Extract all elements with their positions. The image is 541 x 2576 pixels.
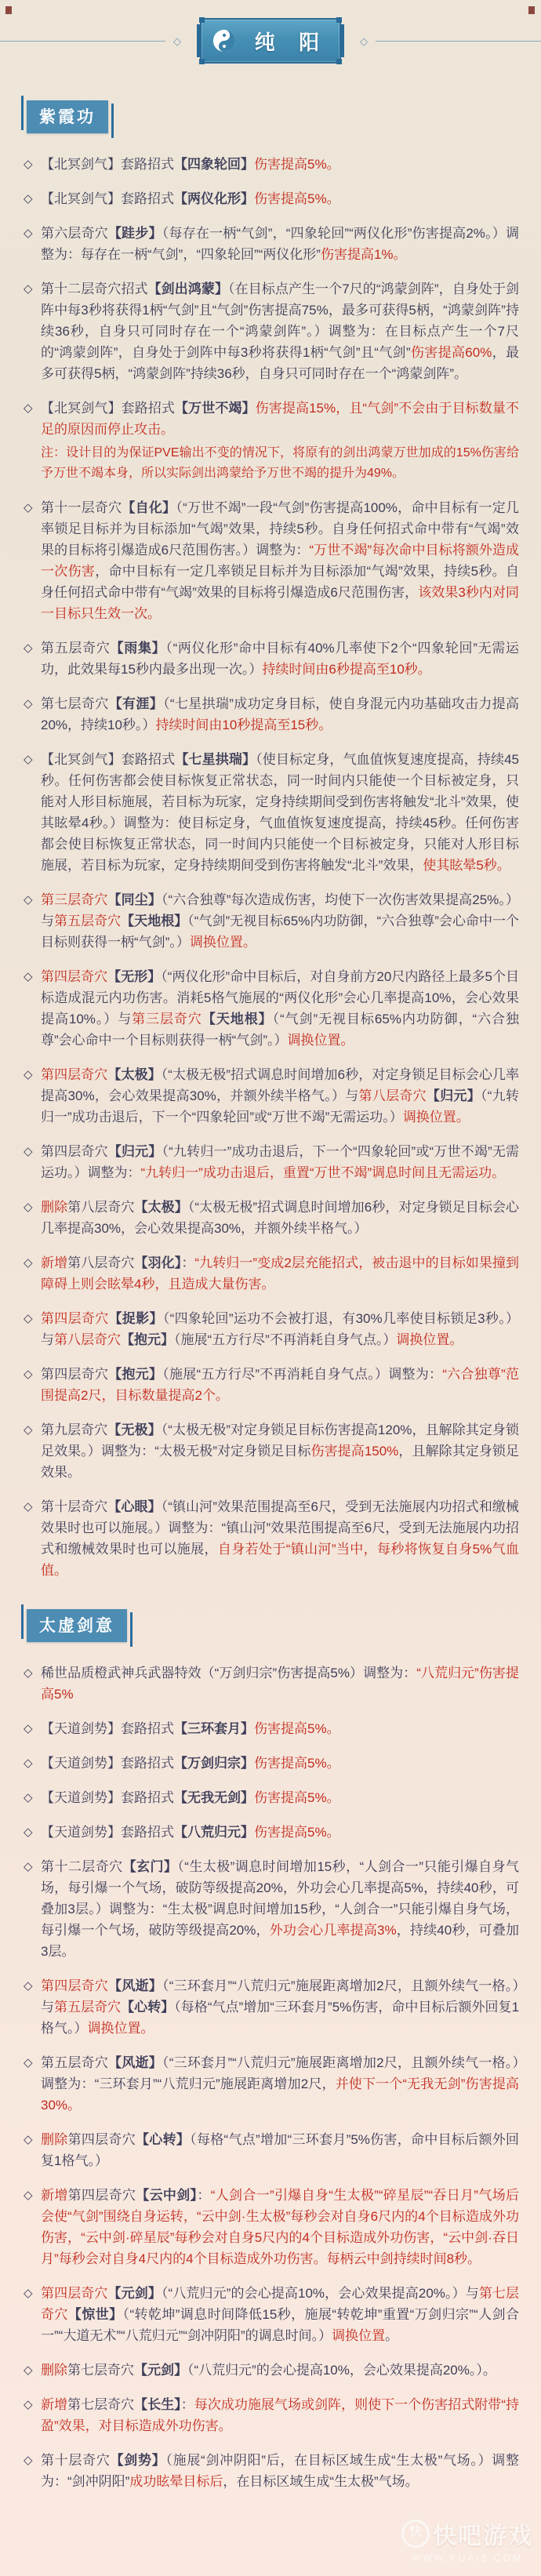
- bullet-item: ◇ 第十一层奇穴【自化】（“万世不竭”一段“气剑”伤害提高100%，命中目标有一…: [22, 497, 519, 624]
- bullet-text: 【北冥剑气】套路招式【万世不竭】伤害提高15%，且“气剑”不会由于目标数量不足的…: [41, 398, 519, 440]
- diamond-bullet-icon: ◇: [22, 2185, 41, 2206]
- bullet-text: 第四层奇穴【捉影】（“四象轮回”运功不会被打退，有30%几率使目标锁足3秒。）与…: [41, 1308, 519, 1350]
- section: 太虚剑意 ◇ 稀世品质橙武神兵武器特效（“万剑归宗”伤害提高5%）调整为：“八荒…: [22, 1609, 519, 2492]
- bullet-text: 第四层奇穴【归元】（“九转归一”成功击退后，下一个“四象轮回”或“万世不竭”无需…: [41, 1141, 519, 1183]
- diamond-bullet-icon: ◇: [22, 1064, 41, 1085]
- bullet-item: ◇ 第十层奇穴【心眼】（“镇山河”效果范围提高至6尺，受到无法施展内功招式和缴械…: [22, 1496, 519, 1581]
- bullet-text: 第十二层奇穴招式【剑出鸿蒙】（在目标点产生一个7尺的“鸿蒙剑阵”，自身处于剑阵中…: [41, 278, 519, 384]
- bullet-item: ◇ 【北冥剑气】套路招式【万世不竭】伤害提高15%，且“气剑”不会由于目标数量不…: [22, 398, 519, 484]
- section-items: ◇ 稀世品质橙武神兵武器特效（“万剑归宗”伤害提高5%）调整为：“八荒归元”伤害…: [22, 1662, 519, 2492]
- diamond-bullet-icon: ◇: [22, 154, 41, 175]
- bullet-item: ◇ 【北冥剑气】套路招式【四象轮回】伤害提高5%。: [22, 154, 519, 175]
- bullet-text: 【天道剑势】套路招式【八荒归元】伤害提高5%。: [41, 1822, 519, 1843]
- bullet-item: ◇ 第十二层奇穴【玄门】（“生太极”调息时间增加15秒，“人剑合一”只能引爆自身…: [22, 1856, 519, 1962]
- diamond-bullet-icon: ◇: [22, 278, 41, 300]
- bullet-item: ◇ 删除第四层奇穴【心转】（每格“气点”增加“三环套月”5%伤害，命中目标后额外…: [22, 2129, 519, 2171]
- diamond-bullet-icon: ◇: [22, 1822, 41, 1843]
- bullet-item: ◇ 新增第四层奇穴【云中剑】：“人剑合一”引爆自身“生太极”“碎星辰”“吞日月”…: [22, 2185, 519, 2269]
- diamond-bullet-icon: ◇: [22, 749, 41, 770]
- section-badge: 紫霞功: [27, 100, 108, 133]
- diamond-bullet-icon: ◇: [22, 188, 41, 209]
- content: 紫霞功 ◇ 【北冥剑气】套路招式【四象轮回】伤害提高5%。 ◇ 【北冥剑气】套路…: [0, 69, 541, 2576]
- bullet-text: 稀世品质橙武神兵武器特效（“万剑归宗”伤害提高5%）调整为：“八荒归元”伤害提高…: [41, 1662, 519, 1705]
- frame-corner-right: [528, 6, 535, 14]
- bullet-item: ◇ 第四层奇穴【风逝】（“三环套月”“八荒归元”施展距离增加2尺，且额外续气一格…: [22, 1975, 519, 2039]
- bullet-text: 【北冥剑气】套路招式【四象轮回】伤害提高5%。: [41, 154, 519, 175]
- bullet-item: ◇ 新增第八层奇穴【羽化】：“九转归一”变成2层充能招式，被击退中的目标如果撞到…: [22, 1252, 519, 1295]
- bullet-item: ◇ 【北冥剑气】套路招式【七星拱瑞】（使目标定身，气血值恢复速度提高，持续45秒…: [22, 749, 519, 876]
- diamond-ornament-icon: ◇: [173, 36, 181, 46]
- bullet-item: ◇ 【天道剑势】套路招式【万剑归宗】伤害提高5%。: [22, 1753, 519, 1774]
- bullet-text: 第四层奇穴【太极】（“太极无极”招式调息时间增加6秒，对定身锁足目标会心几率提高…: [41, 1064, 519, 1128]
- bullet-text: 第十一层奇穴【自化】（“万世不竭”一段“气剑”伤害提高100%，命中目标有一定几…: [41, 497, 519, 624]
- bullet-text: 新增第八层奇穴【羽化】：“九转归一”变成2层充能招式，被击退中的目标如果撞到障碍…: [41, 1252, 519, 1295]
- diamond-bullet-icon: ◇: [22, 693, 41, 714]
- divider-line-left: [0, 41, 165, 42]
- diamond-bullet-icon: ◇: [22, 2283, 41, 2304]
- bullet-text: 第五层奇穴【风逝】（“三环套月”“八荒归元”施展距离增加2尺，且额外续气一格。）…: [41, 2052, 519, 2116]
- bullet-text: 第六层奇穴【跬步】（每存在一柄“气剑”，“四象轮回”“两仪化形”伤害提高2%。）…: [41, 223, 519, 265]
- diamond-bullet-icon: ◇: [22, 638, 41, 659]
- diamond-bullet-icon: ◇: [22, 1141, 41, 1162]
- yinyang-icon: [212, 29, 236, 53]
- diamond-bullet-icon: ◇: [22, 1197, 41, 1218]
- diamond-bullet-icon: ◇: [22, 1496, 41, 1517]
- bullet-text: 第四层奇穴【无形】（“两仪化形”命中目标后，对自身前方20尺内路径上最多5个目标…: [41, 966, 519, 1051]
- bullet-text: 第十二层奇穴【玄门】（“生太极”调息时间增加15秒，“人剑合一”只能引爆自身气场…: [41, 1856, 519, 1962]
- diamond-ornament-icon: ◇: [360, 36, 368, 46]
- section-badge: 太虚剑意: [27, 1609, 127, 1642]
- bullet-item: ◇ 第四层奇穴【太极】（“太极无极”招式调息时间增加6秒，对定身锁足目标会心几率…: [22, 1064, 519, 1128]
- bullet-text: 第四层奇穴【风逝】（“三环套月”“八荒归元”施展距离增加2尺，且额外续气一格。）…: [41, 1975, 519, 2039]
- bullet-item: ◇ 第四层奇穴【无形】（“两仪化形”命中目标后，对自身前方20尺内路径上最多5个…: [22, 966, 519, 1051]
- diamond-bullet-icon: ◇: [22, 1419, 41, 1441]
- bullet-text: 新增第七层奇穴【长生】：每次成功施展气场或剑阵，则使下一个伤害招式附带“持盈”效…: [41, 2394, 519, 2436]
- bullet-item: ◇ 第六层奇穴【跬步】（每存在一柄“气剑”，“四象轮回”“两仪化形”伤害提高2%…: [22, 223, 519, 265]
- bullet-text: 第四层奇穴【抱元】（施展“五方行尽”不再消耗自身气点。）调整为：“六合独尊”范围…: [41, 1364, 519, 1406]
- diamond-bullet-icon: ◇: [22, 2052, 41, 2073]
- page-header: ◇ 纯 阳 ◇: [0, 0, 541, 69]
- bullet-item: ◇ 第五层奇穴【风逝】（“三环套月”“八荒归元”施展距离增加2尺，且额外续气一格…: [22, 2052, 519, 2116]
- diamond-bullet-icon: ◇: [22, 1662, 41, 1684]
- bullet-text: 【北冥剑气】套路招式【七星拱瑞】（使目标定身，气血值恢复速度提高，持续45秒。任…: [41, 749, 519, 876]
- diamond-bullet-icon: ◇: [22, 2129, 41, 2150]
- bullet-text: 【北冥剑气】套路招式【两仪化形】伤害提高5%。: [41, 188, 519, 209]
- bullet-text: 【天道剑势】套路招式【无我无剑】伤害提高5%。: [41, 1787, 519, 1808]
- bullet-item: ◇ 稀世品质橙武神兵武器特效（“万剑归宗”伤害提高5%）调整为：“八荒归元”伤害…: [22, 1662, 519, 1705]
- diamond-bullet-icon: ◇: [22, 1718, 41, 1739]
- bullet-item: ◇ 第十层奇穴【剑势】（施展“剑冲阴阳”后，在目标区域生成“生太极”气场。）调整…: [22, 2450, 519, 2492]
- sect-name-plaque: 纯 阳: [200, 18, 341, 64]
- diamond-bullet-icon: ◇: [22, 2394, 41, 2415]
- diamond-bullet-icon: ◇: [22, 2360, 41, 2381]
- diamond-bullet-icon: ◇: [22, 1308, 41, 1329]
- diamond-bullet-icon: ◇: [22, 1975, 41, 1996]
- bullet-item: ◇ 【天道剑势】套路招式【无我无剑】伤害提高5%。: [22, 1787, 519, 1808]
- diamond-bullet-icon: ◇: [22, 398, 41, 419]
- diamond-bullet-icon: ◇: [22, 497, 41, 518]
- bullet-item: ◇ 【北冥剑气】套路招式【两仪化形】伤害提高5%。: [22, 188, 519, 209]
- bullet-item: ◇ 删除第七层奇穴【元剑】（“八荒归元”的会心提高10%，会心效果提高20%。）…: [22, 2360, 519, 2381]
- bullet-text: 删除第四层奇穴【心转】（每格“气点”增加“三环套月”5%伤害，命中目标后额外回复…: [41, 2129, 519, 2171]
- bullet-note: 注：设计目的为保证PVE输出不变的情况下，将原有的剑出鸿蒙万世加成的15%伤害给…: [41, 443, 519, 484]
- diamond-bullet-icon: ◇: [22, 889, 41, 910]
- bullet-item: ◇ 新增第七层奇穴【长生】：每次成功施展气场或剑阵，则使下一个伤害招式附带“持盈…: [22, 2394, 519, 2436]
- diamond-bullet-icon: ◇: [22, 1753, 41, 1774]
- bullet-item: ◇ 【天道剑势】套路招式【八荒归元】伤害提高5%。: [22, 1822, 519, 1843]
- bullet-text: 新增第四层奇穴【云中剑】：“人剑合一”引爆自身“生太极”“碎星辰”“吞日月”气场…: [41, 2185, 519, 2269]
- bullet-item: ◇ 第七层奇穴【有涯】（“七星拱瑞”成功定身目标，使自身混元内功基础攻击力提高2…: [22, 693, 519, 736]
- bullet-text: 第四层奇穴【元剑】（“八荒归元”的会心提高10%，会心效果提高20%。）与第七层…: [41, 2283, 519, 2346]
- bullet-item: ◇ 删除第八层奇穴【太极】（“太极无极”招式调息时间增加6秒，对定身锁足目标会心…: [22, 1197, 519, 1239]
- bullet-text: 删除第七层奇穴【元剑】（“八荒归元”的会心提高10%，会心效果提高20%。）。: [41, 2360, 519, 2381]
- diamond-bullet-icon: ◇: [22, 1364, 41, 1385]
- bullet-text: 【天道剑势】套路招式【三环套月】伤害提高5%。: [41, 1718, 519, 1739]
- bullet-text: 删除第八层奇穴【太极】（“太极无极”招式调息时间增加6秒，对定身锁足目标会心几率…: [41, 1197, 519, 1239]
- diamond-bullet-icon: ◇: [22, 966, 41, 987]
- bullet-text: 第十层奇穴【剑势】（施展“剑冲阴阳”后，在目标区域生成“生太极”气场。）调整为：…: [41, 2450, 519, 2492]
- bullet-item: ◇ 第五层奇穴【雨集】（“两仪化形”命中目标有40%几率使下2个“四象轮回”无需…: [22, 638, 519, 680]
- bullet-item: ◇ 第三层奇穴【同尘】（“六合独尊”每次造成伤害，均使下一次伤害效果提高25%。…: [22, 889, 519, 953]
- bullet-text: 【天道剑势】套路招式【万剑归宗】伤害提高5%。: [41, 1753, 519, 1774]
- section-items: ◇ 【北冥剑气】套路招式【四象轮回】伤害提高5%。 ◇ 【北冥剑气】套路招式【两…: [22, 154, 519, 1581]
- bullet-item: ◇ 第九层奇穴【无极】（“太极无极”对定身锁足目标伤害提高120%，且解除其定身…: [22, 1419, 519, 1483]
- bullet-item: ◇ 第四层奇穴【捉影】（“四象轮回”运功不会被打退，有30%几率使目标锁足3秒。…: [22, 1308, 519, 1350]
- bullet-text: 第九层奇穴【无极】（“太极无极”对定身锁足目标伤害提高120%，且解除其定身锁足…: [41, 1419, 519, 1483]
- diamond-bullet-icon: ◇: [22, 1856, 41, 1877]
- bullet-item: ◇ 第四层奇穴【元剑】（“八荒归元”的会心提高10%，会心效果提高20%。）与第…: [22, 2283, 519, 2346]
- bullet-item: ◇ 第四层奇穴【抱元】（施展“五方行尽”不再消耗自身气点。）调整为：“六合独尊”…: [22, 1364, 519, 1406]
- bullet-item: ◇ 第十二层奇穴招式【剑出鸿蒙】（在目标点产生一个7尺的“鸿蒙剑阵”，自身处于剑…: [22, 278, 519, 384]
- section: 紫霞功 ◇ 【北冥剑气】套路招式【四象轮回】伤害提高5%。 ◇ 【北冥剑气】套路…: [22, 100, 519, 1581]
- diamond-bullet-icon: ◇: [22, 2450, 41, 2471]
- diamond-bullet-icon: ◇: [22, 1252, 41, 1273]
- diamond-bullet-icon: ◇: [22, 1787, 41, 1808]
- bullet-item: ◇ 【天道剑势】套路招式【三环套月】伤害提高5%。: [22, 1718, 519, 1739]
- bullet-text: 第三层奇穴【同尘】（“六合独尊”每次造成伤害，均使下一次伤害效果提高25%。）与…: [41, 889, 519, 953]
- page-title: 纯 阳: [245, 27, 329, 56]
- sections: 紫霞功 ◇ 【北冥剑气】套路招式【四象轮回】伤害提高5%。 ◇ 【北冥剑气】套路…: [22, 100, 519, 2492]
- bullet-item: ◇ 第四层奇穴【归元】（“九转归一”成功击退后，下一个“四象轮回”或“万世不竭”…: [22, 1141, 519, 1183]
- divider-line-right: [376, 41, 541, 42]
- diamond-bullet-icon: ◇: [22, 223, 41, 244]
- frame-corner-left: [5, 6, 12, 14]
- bullet-text: 第五层奇穴【雨集】（“两仪化形”命中目标有40%几率使下2个“四象轮回”无需运功…: [41, 638, 519, 680]
- bullet-text: 第十层奇穴【心眼】（“镇山河”效果范围提高至6尺，受到无法施展内功招式和缴械效果…: [41, 1496, 519, 1581]
- bullet-text: 第七层奇穴【有涯】（“七星拱瑞”成功定身目标，使自身混元内功基础攻击力提高20%…: [41, 693, 519, 736]
